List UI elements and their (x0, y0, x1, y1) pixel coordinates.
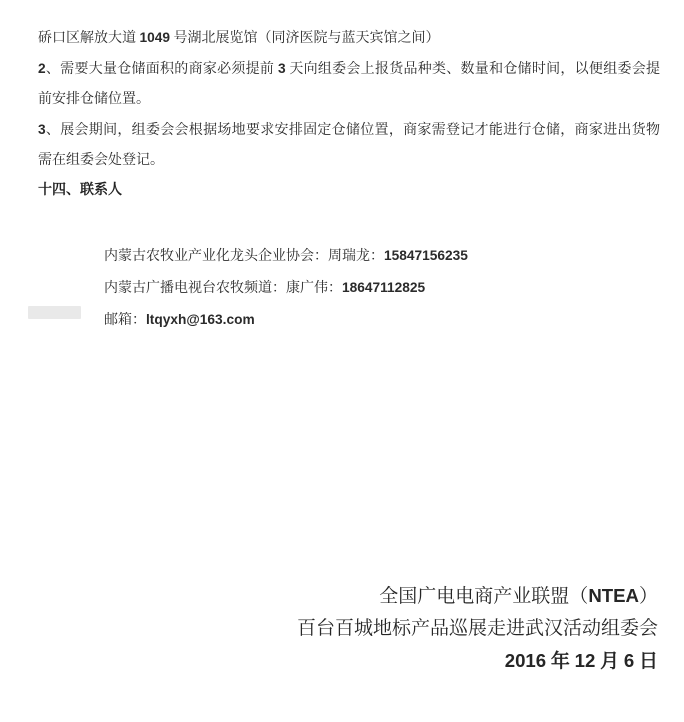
paragraph-storage-rule-2: 2、需要大量仓储面积的商家必须提前 3 天向组委会上报货品种类、数量和仓储时间，… (38, 54, 660, 115)
signature-org-committee: 百台百城地标产品巡展走进武汉活动组委会 (297, 613, 658, 645)
signature-org-ntea: 全国广电电商产业联盟（NTEA） (297, 580, 658, 613)
paragraph-storage-rule-3: 3、展会期间，组委会会根据场地要求安排固定仓储位置，商家需登记才能进行仓储，商家… (38, 115, 660, 176)
contact-line-email: 邮箱：ltqyxh@163.com (104, 304, 660, 336)
contact-line-tv-channel: 内蒙古广播电视台农牧频道：康广伟：18647112825 (104, 272, 660, 304)
signature-block: 全国广电电商产业联盟（NTEA） 百台百城地标产品巡展走进武汉活动组委会 201… (297, 580, 658, 678)
paragraph-venue-address: 硚口区解放大道 1049 号湖北展览馆（同济医院与蓝天宾馆之间） (38, 23, 660, 54)
redaction-mark (28, 306, 81, 319)
document-body: 硚口区解放大道 1049 号湖北展览馆（同济医院与蓝天宾馆之间） 2、需要大量仓… (38, 23, 660, 336)
signature-date: 2016 年 12 月 6 日 (297, 645, 658, 678)
section-heading-contacts: 十四、联系人 (38, 176, 660, 206)
document-page: 硚口区解放大道 1049 号湖北展览馆（同济医院与蓝天宾馆之间） 2、需要大量仓… (0, 0, 684, 722)
contact-block: 内蒙古农牧业产业化龙头企业协会：周瑞龙：15847156235 内蒙古广播电视台… (104, 240, 660, 336)
contact-line-association: 内蒙古农牧业产业化龙头企业协会：周瑞龙：15847156235 (104, 240, 660, 272)
